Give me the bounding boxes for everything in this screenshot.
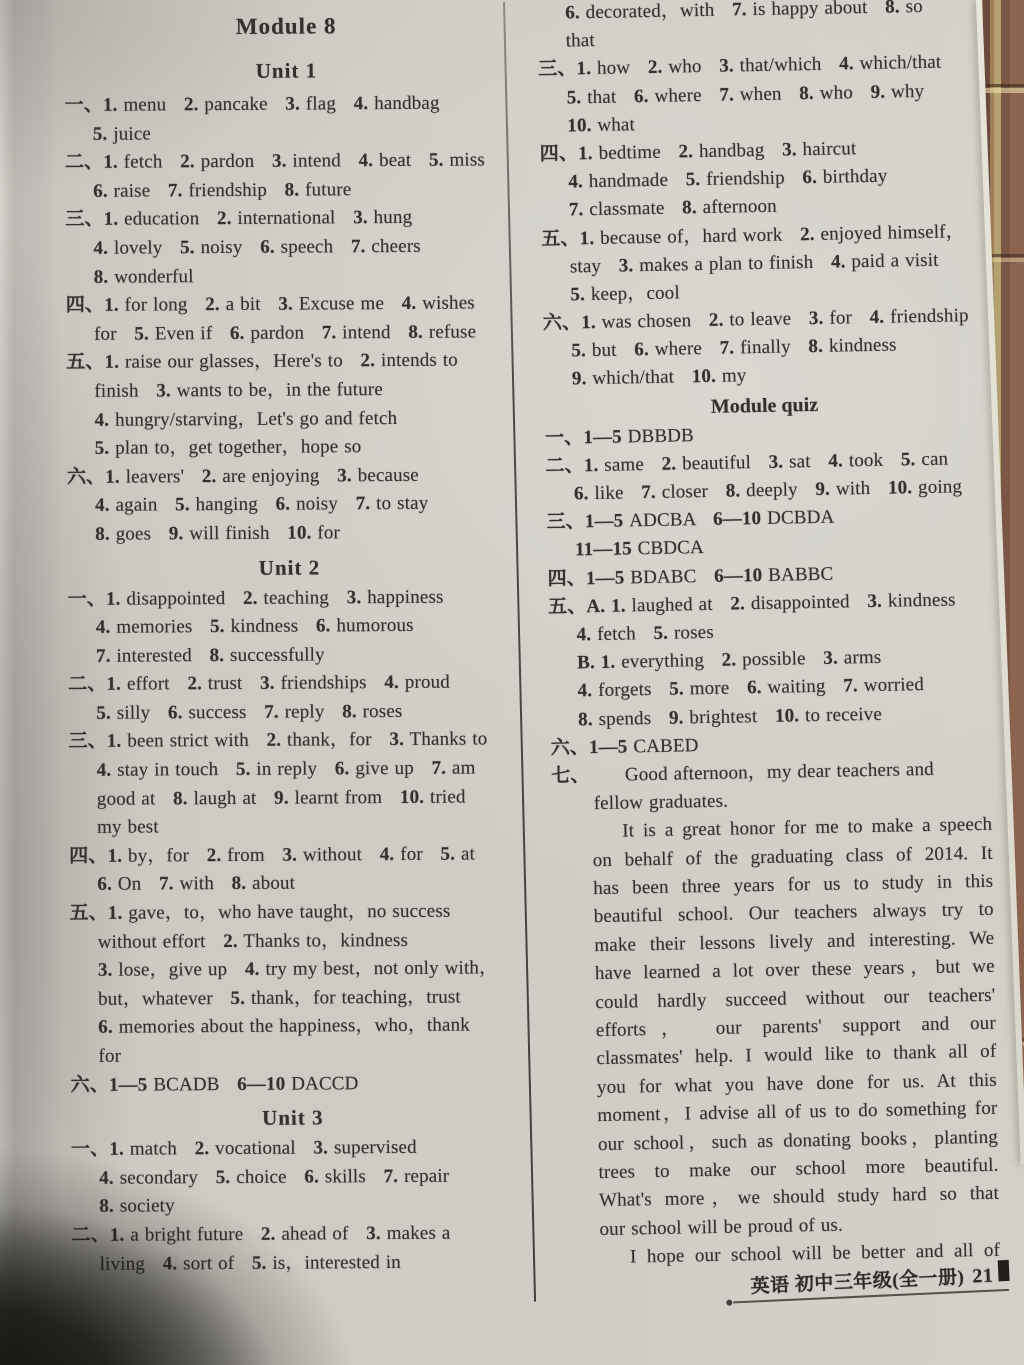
page-marker-tab [998,1260,1010,1281]
answer-line: 六、1. leavers' 2. are enjoying 3. because [67,461,511,492]
left-page-curve [0,0,60,1365]
answer-line: 四、1. for long 2. a bit 3. Excuse me 4. w… [66,289,510,320]
answer-line: for 5. Even if 6. pardon 7. intend 8. re… [66,318,510,349]
page-number: 21 [964,1265,994,1288]
answer-line: 8. goes 9. will finish 10. for [67,518,511,549]
answer-line: 一、1. menu 2. pancake 3. flag 4. handbag [65,89,509,120]
answer-line: 8. society [71,1191,515,1222]
answer-line: 二、1. fetch 2. pardon 3. intend 4. beat 5… [65,146,509,177]
answer-line: my best [69,812,513,843]
answer-line: 4. stay in touch 5. in reply 6. give up … [69,754,513,785]
answer-line: 六、1—5 BCADB 6—10 DACCD [71,1069,515,1100]
answer-line: 四、1. by，for 2. from 3. without 4. for 5.… [69,840,513,871]
answer-line: 6. memories about the happiness，who，than… [70,1012,514,1043]
unit3-title: Unit 3 [71,1097,515,1136]
answer-line: 二、1. effort 2. trust 3. friendships 4. p… [68,669,512,700]
answer-line: 4. secondary 5. choice 6. skills 7. repa… [71,1162,515,1193]
answer-line: 3. lose，give up 4. try my best，not only … [70,954,514,985]
unit1-title: Unit 1 [64,49,508,92]
answer-line: 二、1. a bright future 2. ahead of 3. make… [71,1219,515,1250]
answer-line: 一、1. match 2. vocational 3. supervised [71,1133,515,1164]
answer-line: 6. On 7. with 8. about [69,869,513,900]
module-title: Module 8 [64,0,508,52]
left-column: Module 8 Unit 1 一、1. menu 2. pancake 3. … [64,0,516,1279]
answer-line: 五、1. gave，to，who have taught，no success [69,897,513,928]
answer-line: 4. hungry/starving，Let's go and fetch [66,404,510,435]
answer-line: 4. lovely 5. noisy 6. speech 7. cheers [65,232,509,263]
answer-line: 5. juice [65,118,509,149]
footer-dot [726,1299,732,1305]
answer-line: living 4. sort of 5. is，interested in [72,1248,516,1279]
answer-line: 6. raise 7. friendship 8. future [65,175,509,206]
answer-line: but，whatever 5. thank，for teaching，trust [70,983,514,1014]
answer-line: finish 3. wants to be，in the future [66,375,510,406]
answer-line: for [70,1040,514,1071]
speech-paragraph: It is a great honor for me to make a spe… [592,811,1000,1273]
answer-line: 三、1. education 2. international 3. hung [65,204,509,235]
answer-line: 7. interested 8. successfully [68,640,512,671]
right-column: 6. decorated，with 7. is happy about 8. s… [537,0,1000,1273]
answer-line: 三、1. been strict with 2. thank，for 3. Th… [68,726,512,757]
answer-line: 8. wonderful [66,261,510,292]
answer-line: 4. again 5. hanging 6. noisy 7. to stay [67,490,511,521]
answer-line: 五、1. raise our glasses，Here's to 2. inte… [66,347,510,378]
answer-line: 5. silly 6. success 7. reply 8. roses [68,697,512,728]
answer-line: without effort 2. Thanks to，kindness [70,926,514,957]
answer-line: good at 8. laugh at 9. learnt from 10. t… [69,783,513,814]
answer-line: 一、1. disappointed 2. teaching 3. happine… [68,583,512,614]
answer-line: 4. memories 5. kindness 6. humorous [68,611,512,642]
unit2-title: Unit 2 [67,547,511,586]
book-page-photo: Module 8 Unit 1 一、1. menu 2. pancake 3. … [0,0,1024,1365]
answer-line: 5. plan to，get together，hope so [67,432,511,463]
